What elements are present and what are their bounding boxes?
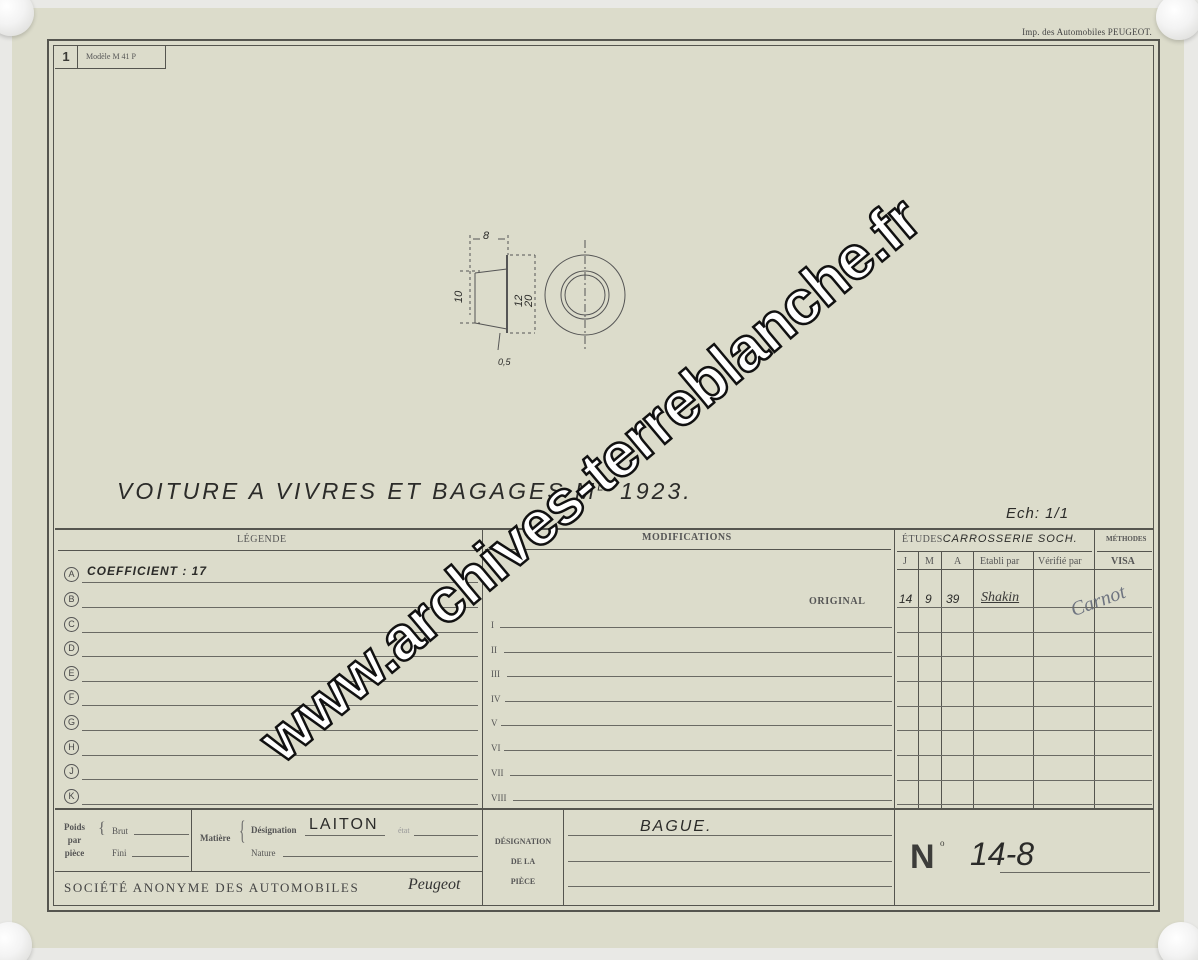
company-name: SOCIÉTÉ ANONYME DES AUTOMOBILES <box>64 880 359 896</box>
model-box: 1 Modèle M 41 P <box>55 46 166 69</box>
brut-field[interactable] <box>134 834 189 835</box>
mod-index: VIII <box>491 793 507 803</box>
col-etabli: Etabli par <box>980 556 1019 567</box>
col-a: A <box>954 556 961 567</box>
svg-text:8: 8 <box>483 230 490 242</box>
legende-letter: J <box>64 764 79 779</box>
mod-line[interactable] <box>501 725 892 726</box>
etabli-signature: Shakin <box>981 590 1019 606</box>
mod-line[interactable] <box>504 652 892 653</box>
number-prefix: N <box>910 838 935 877</box>
etat-field[interactable] <box>414 835 478 836</box>
mod-line[interactable] <box>507 676 892 677</box>
mod-line[interactable] <box>513 800 892 801</box>
etudes-header: ÉTUDESCARROSSERIE SOCH. <box>902 533 1078 545</box>
legende-letter: D <box>64 641 79 656</box>
legende-letter: B <box>64 592 79 607</box>
col-verifie: Vérifié par <box>1038 556 1082 567</box>
original-label: ORIGINAL <box>809 596 865 607</box>
mod-index: I <box>491 620 494 630</box>
col-divider-2 <box>894 528 895 906</box>
svg-text:20: 20 <box>523 294 535 308</box>
legende-letter: G <box>64 715 79 730</box>
mod-index: VI <box>491 743 501 753</box>
mod-index: II <box>491 645 497 655</box>
legende-header: LÉGENDE <box>237 534 287 545</box>
matiere-label: Matière <box>200 833 230 843</box>
legende-letter: H <box>64 740 79 755</box>
designation-label: Désignation <box>251 825 297 835</box>
legende-line[interactable] <box>82 681 478 682</box>
scale-label: Ech: 1/1 <box>1006 505 1069 522</box>
printer-credit: Imp. des Automobiles PEUGEOT. <box>1022 27 1152 37</box>
poids-label: Poidsparpièce <box>64 821 85 860</box>
legende-text[interactable]: COEFFICIENT : 17 <box>87 564 207 578</box>
svg-text:10: 10 <box>453 290 465 303</box>
pushpin-bottom-right <box>1158 922 1198 960</box>
col-m: M <box>925 556 934 567</box>
modifications-header: MODIFICATIONS <box>642 532 732 543</box>
legende-line[interactable] <box>82 804 478 805</box>
date-day: 14 <box>899 592 912 606</box>
piece-name[interactable]: BAGUE. <box>640 818 712 836</box>
peugeot-logo: Peugeot <box>408 876 460 894</box>
mod-index: V <box>491 718 498 728</box>
drawing-number: 14-8 <box>970 836 1034 873</box>
date-year: 39 <box>946 592 959 606</box>
mod-line[interactable] <box>505 701 892 702</box>
titleblock-mid-border <box>55 808 1154 810</box>
sheet-number: 1 <box>55 46 78 68</box>
legende-letter: E <box>64 666 79 681</box>
etat-label: état <box>398 826 410 835</box>
mod-index: VII <box>491 768 504 778</box>
mod-line[interactable] <box>510 775 892 776</box>
legende-letter: C <box>64 617 79 632</box>
legende-letter: A <box>64 567 79 582</box>
brut-label: Brut <box>112 826 128 836</box>
mod-line[interactable] <box>500 627 892 628</box>
methodes-header: MÉTHODES <box>1106 535 1146 543</box>
date-month: 9 <box>925 592 932 606</box>
legende-line[interactable] <box>82 779 478 780</box>
mod-index: III <box>491 669 500 679</box>
model-label: Modèle M 41 P <box>78 46 136 68</box>
svg-text:0,5: 0,5 <box>498 357 512 367</box>
col-visa: VISA <box>1111 556 1135 567</box>
mod-index: IV <box>491 694 501 704</box>
bushing-drawing: 8 10 12 20 0,5 <box>440 225 640 375</box>
footer-divider <box>55 871 482 872</box>
legende-letter: F <box>64 690 79 705</box>
legende-letter: K <box>64 789 79 804</box>
col-j: J <box>903 556 907 567</box>
legende-header-rule <box>58 550 480 551</box>
mod-line[interactable] <box>504 750 892 751</box>
nature-label: Nature <box>251 848 276 858</box>
matiere-designation-value[interactable]: LAITON <box>309 816 379 834</box>
piece-label: DÉSIGNATIONDE LAPIÈCE <box>490 832 556 892</box>
number-degree: o <box>940 838 945 848</box>
titleblock-top-border <box>55 528 1154 530</box>
fini-field[interactable] <box>132 856 189 857</box>
fini-label: Fini <box>112 848 127 858</box>
nature-field[interactable] <box>283 856 478 857</box>
